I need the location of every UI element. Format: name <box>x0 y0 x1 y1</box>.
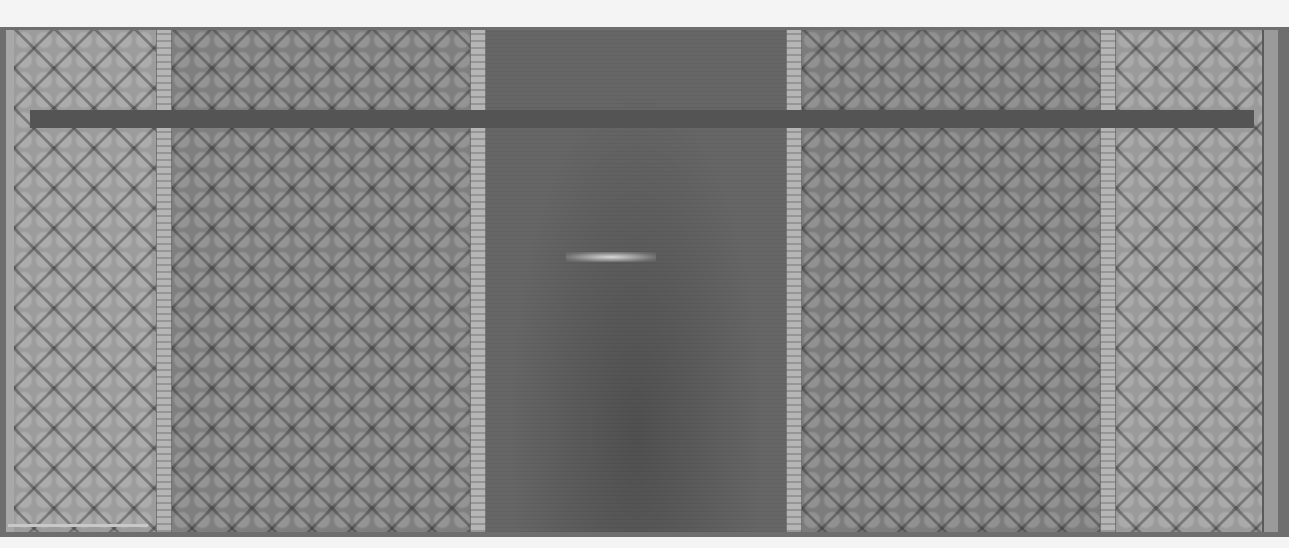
galloon-band-4 <box>1100 30 1116 532</box>
textile <box>6 30 1278 532</box>
right-edge-border <box>1262 30 1278 532</box>
horizontal-stripe <box>30 110 1254 128</box>
panel-1 <box>14 30 156 532</box>
panel-4 <box>802 30 1100 532</box>
hem-line <box>8 524 148 527</box>
galloon-band-1 <box>156 30 172 532</box>
panel-3 <box>486 30 786 532</box>
panel-5 <box>1116 30 1264 532</box>
galloon-band-2 <box>470 30 486 532</box>
worn-spot <box>566 252 656 262</box>
galloon-band-3 <box>786 30 802 532</box>
panel-2 <box>172 30 470 532</box>
photo-frame <box>0 27 1289 537</box>
